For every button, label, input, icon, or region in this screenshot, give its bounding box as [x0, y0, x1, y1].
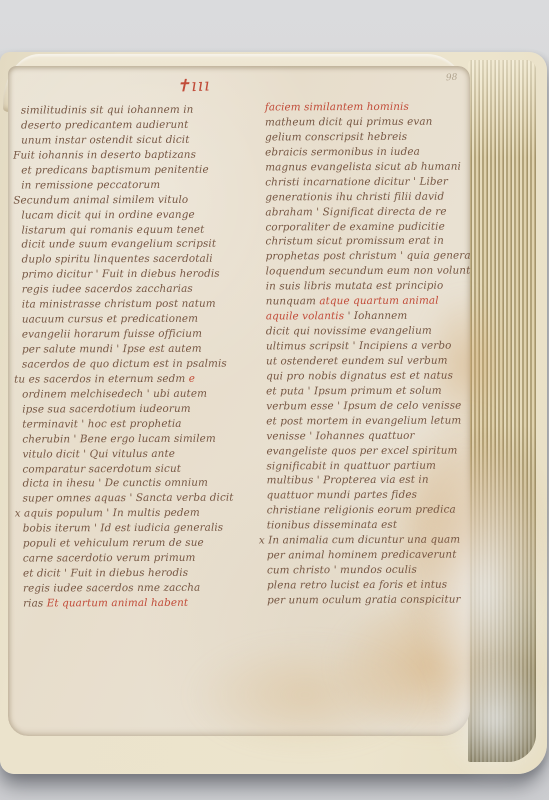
ink-text: et predicans baptismum penitentie [21, 163, 209, 176]
text-line: unum instar ostendit sicut dicit [21, 132, 263, 148]
ink-text: rias [23, 597, 47, 609]
ink-text: x aquis populum ' In multis pedem [15, 507, 200, 520]
ink-text: per salute mundi ' Ipse est autem [22, 343, 202, 356]
text-line: super omnes aquas ' Sancta verba dicit [23, 491, 265, 507]
ink-text: christiane religionis eorum predica [267, 504, 456, 517]
text-line: similitudinis sit qui iohannem in [21, 102, 263, 118]
text-line: uacuum cursus et predicationem [22, 312, 264, 328]
text-line: comparatur sacerdotum sicut [22, 461, 264, 477]
ink-text: magnus evangelista sicut ab humani [265, 160, 461, 173]
rubric-text: e [189, 373, 195, 385]
ink-text: corporaliter de examine pudicitie [265, 220, 444, 233]
text-line: ordinem melchisedech ' ubi autem [22, 386, 264, 402]
ink-text: unum instar ostendit sicut dicit [21, 134, 189, 147]
ink-text: ipse sua sacerdotium iudeorum [22, 403, 191, 416]
text-line: carne sacerdotio verum primum [23, 551, 265, 567]
text-line: faciem similantem hominis [265, 100, 465, 116]
ink-text: x In animalia cum dicuntur una quam [259, 534, 460, 547]
text-line: generationis ihu christi filii david [265, 189, 465, 205]
text-line: dicta in ihesu ' De cunctis omnium [23, 476, 265, 492]
ink-text: christum sicut promissum erat in [265, 235, 443, 248]
ink-text: Secundum animal similem vitulo [13, 193, 188, 206]
text-line: deserto predicantem audierunt [21, 117, 263, 133]
text-line: evangeliste quos per excel spiritum [266, 443, 466, 459]
ink-text: ita ministrasse christum post natum [22, 298, 216, 311]
ink-text: regis iudee sacerdos nme zaccha [23, 582, 200, 595]
text-line: per salute mundi ' Ipse est autem [22, 341, 264, 357]
ink-text: christi incarnatione dicitur ' Liber [265, 175, 448, 188]
ink-text: matheum dicit qui primus evan [265, 116, 432, 129]
text-line: per animal hominem predicaverunt [267, 548, 467, 564]
text-line: aquile volantis ' Iohannem [266, 309, 466, 325]
text-line: evangelii horarum fuisse officium [22, 327, 264, 343]
text-line: multibus ' Propterea via est in [267, 473, 467, 489]
ink-text: in suis libris mutata est principio [266, 280, 444, 293]
text-line: populi et vehiculum rerum de sue [23, 536, 265, 552]
text-line: dicit unde suum evangelium scripsit [21, 237, 263, 253]
text-line: x In animalia cum dicuntur una quam [259, 533, 467, 549]
text-line: ipse sua sacerdotium iudeorum [22, 401, 264, 417]
text-line: x aquis populum ' In multis pedem [15, 506, 265, 522]
text-line: duplo spiritu linquentes sacerdotali [22, 252, 264, 268]
text-line: tionibus disseminata est [267, 518, 467, 534]
text-line: terminavit ' hoc est prophetia [22, 416, 264, 432]
text-line: gelium conscripsit hebreis [265, 129, 465, 145]
fore-edge-shading [468, 60, 536, 762]
ink-text: loquendum secundum eum non volunt [266, 265, 471, 278]
text-line: quattuor mundi partes fides [267, 488, 467, 504]
ink-text: dicit unde suum evangelium scripsit [21, 238, 216, 251]
ink-text: nunquam [266, 295, 320, 307]
ink-text: quattuor mundi partes fides [267, 489, 417, 502]
ink-text: evangeliste quos per excel spiritum [266, 444, 457, 457]
text-line: cherubin ' Bene ergo lucam similem [22, 431, 264, 447]
text-line: lucam dicit qui in ordine evange [21, 207, 263, 223]
rubric-text: aquile volantis [266, 310, 344, 322]
text-line: christi incarnatione dicitur ' Liber [265, 174, 465, 190]
text-line: per unum oculum gratia conspicitur [267, 592, 467, 608]
column-right: faciem similantem hominismatheum dicit q… [265, 100, 467, 609]
column-left: similitudinis sit qui iohannem indeserto… [21, 102, 265, 611]
ink-text: lucam dicit qui in ordine evange [21, 208, 194, 221]
ink-text: ebraicis sermonibus in iudea [265, 146, 420, 159]
text-line: ut ostenderet eundem sul verbum [266, 354, 466, 370]
ink-text: primo dicitur ' Fuit in diebus herodis [22, 268, 220, 281]
ink-text: gelium conscripsit hebreis [265, 131, 407, 144]
rubric-text: atque quartum animal [319, 295, 438, 308]
folio-number: 98 [446, 73, 458, 84]
ink-text: carne sacerdotio verum primum [23, 552, 196, 565]
ink-text: verbum esse ' Ipsum de celo venisse [266, 399, 461, 412]
ink-text: in remissione peccatorum [21, 179, 160, 192]
ink-text: ut ostenderet eundem sul verbum [266, 355, 448, 368]
ink-text: Fuit iohannis in deserto baptizans [13, 149, 196, 162]
ink-text: regis iudee sacerdos zaccharias [22, 283, 193, 296]
text-line: vitulo dicit ' Qui vitulus ante [22, 446, 264, 462]
quire-mark: ✝ııı [176, 75, 211, 96]
ink-text: tu es sacerdos in eternum sedm [14, 373, 189, 386]
ink-text: per unum oculum gratia conspicitur [267, 594, 461, 607]
ink-text: cum christo ' mundos oculis [267, 564, 417, 577]
text-line: listarum qui romanis equum tenet [21, 222, 263, 238]
text-line: regis iudee sacerdos nme zaccha [23, 580, 265, 596]
text-line: et dicit ' Fuit in diebus herodis [23, 566, 265, 582]
text-line: matheum dicit qui primus evan [265, 115, 465, 131]
ink-text: venisse ' Iohannes quattuor [266, 429, 414, 442]
ink-text: et post mortem in evangelium letum [266, 414, 461, 427]
ink-text: duplo spiritu linquentes sacerdotali [22, 253, 213, 266]
ink-text: ordinem melchisedech ' ubi autem [22, 388, 207, 401]
ink-text: super omnes aquas ' Sancta verba dicit [23, 492, 234, 505]
ink-text: vitulo dicit ' Qui vitulus ante [22, 447, 175, 460]
ink-text: ultimus scripsit ' Incipiens a verbo [266, 340, 452, 353]
ink-text: cherubin ' Bene ergo lucam similem [22, 432, 216, 445]
ink-text: sacerdos de quo dictum est in psalmis [22, 358, 227, 371]
text-line: loquendum secundum eum non volunt [266, 264, 466, 280]
text-line: primo dicitur ' Fuit in diebus herodis [22, 267, 264, 283]
ink-text: ' Iohannem [344, 310, 407, 322]
text-line: ebraicis sermonibus in iudea [265, 144, 465, 160]
text-line: nunquam atque quartum animal [266, 294, 466, 310]
text-line: dicit qui novissime evangelium [266, 324, 466, 340]
ink-text: uacuum cursus et predicationem [22, 313, 198, 326]
ink-text: significabit in quattuor partium [266, 459, 436, 472]
ink-text: similitudinis sit qui iohannem in [21, 104, 194, 117]
ink-text: populi et vehiculum rerum de sue [23, 537, 204, 550]
ink-text: multibus ' Propterea via est in [267, 474, 429, 487]
text-line: in remissione peccatorum [21, 177, 263, 193]
ink-text: comparatur sacerdotum sicut [22, 462, 181, 475]
text-line: magnus evangelista sicut ab humani [265, 159, 465, 175]
ink-text: terminavit ' hoc est prophetia [22, 418, 181, 431]
ink-text: tionibus disseminata est [267, 519, 397, 532]
text-line: et puta ' Ipsum primum et solum [266, 383, 466, 399]
text-line: rias Et quartum animal habent [23, 595, 265, 611]
ink-text: listarum qui romanis equum tenet [21, 223, 204, 236]
ink-text: abraham ' Significat directa de re [265, 205, 446, 218]
text-line: venisse ' Iohannes quattuor [266, 428, 466, 444]
ink-text: dicit qui novissime evangelium [266, 325, 432, 338]
text-line: christum sicut promissum erat in [265, 234, 465, 250]
text-line: corporaliter de examine pudicitie [265, 219, 465, 235]
ink-text: et puta ' Ipsum primum et solum [266, 384, 442, 397]
ink-text: bobis iterum ' Id est iudicia generalis [23, 522, 224, 535]
rubric-text: Et quartum animal habent [47, 597, 188, 610]
text-line: et post mortem in evangelium letum [266, 413, 466, 429]
manuscript-photo: { "manuscript": { "folio_number": "98", … [0, 0, 549, 800]
text-line: bobis iterum ' Id est iudicia generalis [23, 521, 265, 537]
text-line: tu es sacerdos in eternum sedm e [14, 371, 264, 387]
rubric-text: faciem similantem hominis [265, 101, 409, 114]
ink-text: et dicit ' Fuit in diebus herodis [23, 567, 188, 580]
text-line: significabit in quattuor partium [266, 458, 466, 474]
ink-text: dicta in ihesu ' De cunctis omnium [23, 477, 209, 490]
ink-text: per animal hominem predicaverunt [267, 549, 457, 562]
text-line: et predicans baptismum penitentie [21, 162, 263, 178]
text-line: abraham ' Significat directa de re [265, 204, 465, 220]
text-line: christiane religionis eorum predica [267, 503, 467, 519]
text-line: prophetas post christum ' quia genera [266, 249, 466, 265]
text-line: in suis libris mutata est principio [266, 279, 466, 295]
ink-text: plena retro lucist ea foris et intus [267, 579, 447, 592]
ink-text: prophetas post christum ' quia genera [266, 250, 471, 263]
text-line: regis iudee sacerdos zaccharias [22, 282, 264, 298]
text-line: sacerdos de quo dictum est in psalmis [22, 356, 264, 372]
ink-text: evangelii horarum fuisse officium [22, 328, 202, 341]
ink-text: deserto predicantem audierunt [21, 119, 188, 132]
text-line: ultimus scripsit ' Incipiens a verbo [266, 339, 466, 355]
text-line: Secundum animal similem vitulo [13, 192, 263, 208]
ink-text: qui pro nobis dignatus est et natus [266, 369, 453, 382]
text-line: qui pro nobis dignatus est et natus [266, 368, 466, 384]
text-line: plena retro lucist ea foris et intus [267, 578, 467, 594]
text-line: cum christo ' mundos oculis [267, 563, 467, 579]
text-line: ita ministrasse christum post natum [22, 297, 264, 313]
ink-text: generationis ihu christi filii david [265, 190, 444, 203]
text-line: verbum esse ' Ipsum de celo venisse [266, 398, 466, 414]
text-line: Fuit iohannis in deserto baptizans [13, 147, 263, 163]
